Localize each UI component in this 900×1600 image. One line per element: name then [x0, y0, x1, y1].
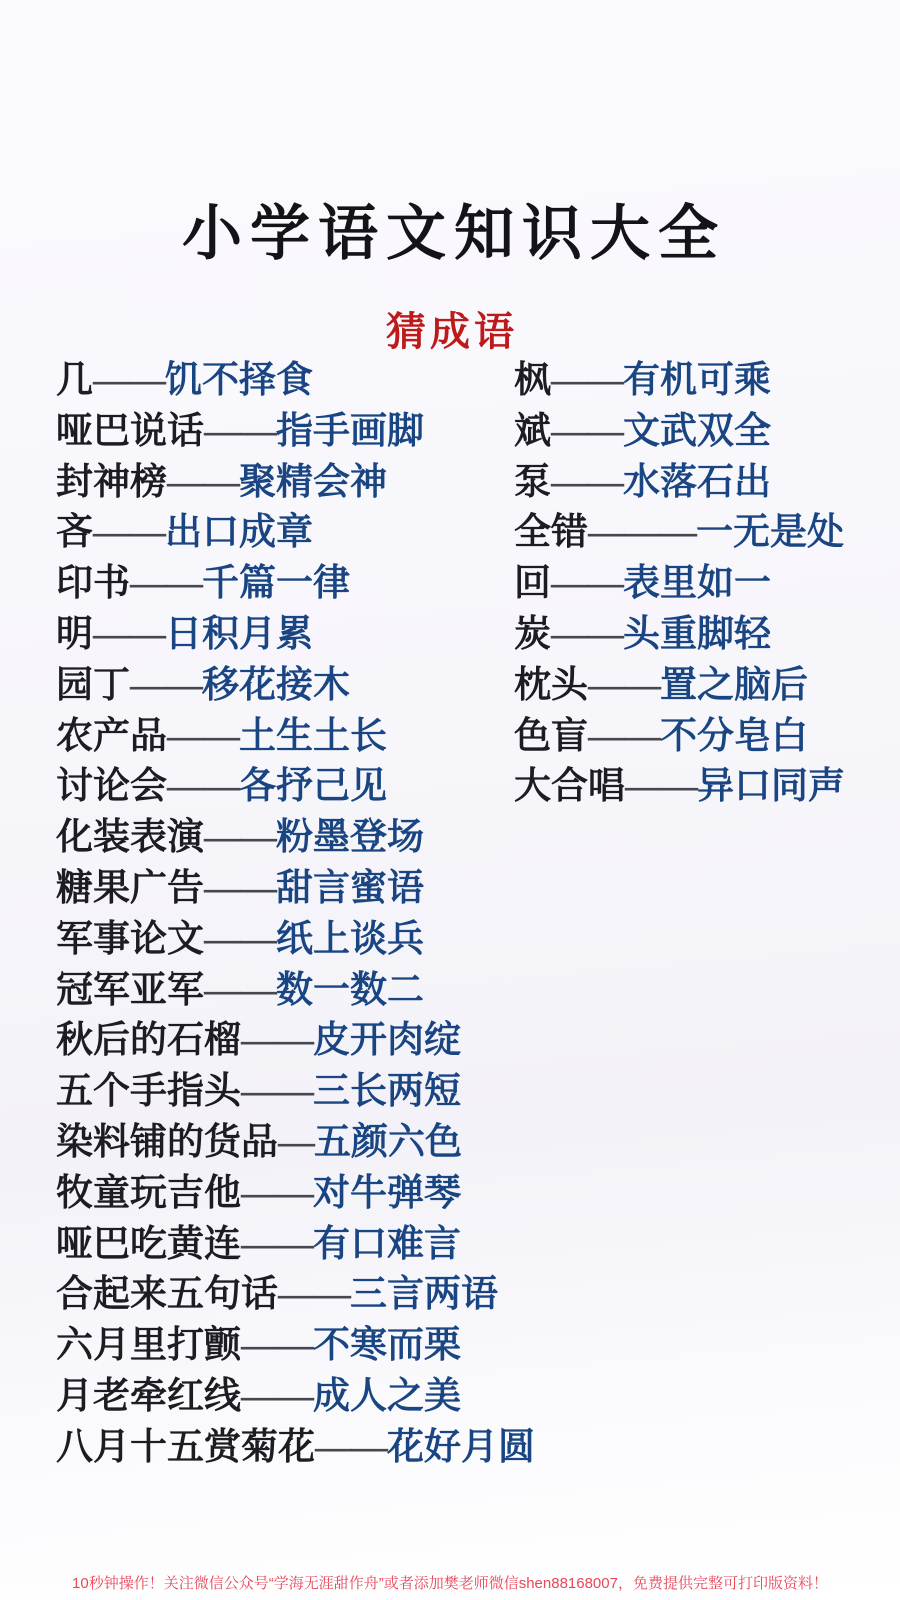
riddle-answer: 不分皂白 — [660, 716, 808, 757]
riddle-dash: —— — [130, 665, 202, 706]
riddle-dash: —— — [167, 766, 239, 807]
riddle-answer: 数一数二 — [276, 970, 424, 1011]
riddle-question: 吝 — [56, 512, 93, 553]
riddle-dash: —— — [204, 817, 276, 858]
riddle-row: 五个手指头——三长两短 — [56, 1067, 535, 1118]
riddle-answer: 出口成章 — [165, 512, 313, 553]
riddle-question: 讨论会 — [56, 766, 167, 807]
riddle-dash: —— — [551, 360, 623, 401]
riddle-question: 六月里打颤 — [56, 1325, 241, 1366]
riddle-question: 枕头 — [514, 665, 588, 706]
section-title: 猜成语 — [0, 300, 900, 357]
riddle-question: 斌 — [514, 411, 551, 452]
riddle-answer: 甜言蜜语 — [276, 868, 424, 909]
riddle-row: 色盲——不分皂白 — [514, 712, 845, 763]
riddle-row: 冠军亚军——数一数二 — [56, 966, 535, 1017]
riddle-row: 秋后的石榴——皮开肉绽 — [56, 1016, 535, 1067]
riddle-question: 农产品 — [56, 716, 167, 757]
riddle-row: 六月里打颤——不寒而栗 — [56, 1321, 535, 1372]
riddle-question: 回 — [514, 563, 551, 604]
riddle-row: 封神榜——聚精会神 — [56, 458, 535, 509]
riddle-dash: —— — [241, 1020, 313, 1061]
riddle-row: 大合唱——异口同声 — [514, 762, 845, 813]
riddle-row: 化装表演——粉墨登场 — [56, 813, 535, 864]
riddle-answer: 三言两语 — [350, 1274, 498, 1315]
riddle-row: 斌——文武双全 — [514, 407, 845, 458]
riddle-row: 明——日积月累 — [56, 610, 535, 661]
riddle-question: 印书 — [56, 563, 130, 604]
riddle-dash: —— — [130, 563, 202, 604]
riddle-dash: —— — [588, 665, 660, 706]
riddle-row: 回——表里如一 — [514, 559, 845, 610]
riddle-column-right: 枫——有机可乘 斌——文武双全 泵——水落石出 全错———一无是处 回——表里如… — [514, 356, 845, 813]
riddle-question: 色盲 — [514, 716, 588, 757]
worksheet-page: 小学语文知识大全 猜成语 几——饥不择食 哑巴说话——指手画脚 封神榜——聚精会… — [0, 0, 900, 1600]
riddle-question: 染料铺的货品 — [56, 1122, 278, 1163]
riddle-answer: 头重脚轻 — [623, 614, 771, 655]
riddle-dash: —— — [241, 1376, 313, 1417]
riddle-question: 秋后的石榴 — [56, 1020, 241, 1061]
riddle-answer: 五颜六色 — [314, 1122, 462, 1163]
riddle-row: 枫——有机可乘 — [514, 356, 845, 407]
riddle-question: 月老牵红线 — [56, 1376, 241, 1417]
riddle-answer: 纸上谈兵 — [276, 919, 424, 960]
riddle-question: 炭 — [514, 614, 551, 655]
riddle-row: 哑巴说话——指手画脚 — [56, 407, 535, 458]
riddle-question: 冠军亚军 — [56, 970, 204, 1011]
riddle-answer: 异口同声 — [697, 766, 845, 807]
riddle-answer: 饥不择食 — [165, 360, 313, 401]
riddle-row: 园丁——移花接木 — [56, 661, 535, 712]
riddle-question: 八月十五赏菊花 — [56, 1427, 315, 1468]
riddle-answer: 不寒而栗 — [313, 1325, 461, 1366]
riddle-dash: —— — [278, 1274, 350, 1315]
riddle-answer: 一无是处 — [696, 512, 844, 553]
riddle-answer: 置之脑后 — [660, 665, 808, 706]
riddle-row: 农产品——土生土长 — [56, 712, 535, 763]
riddle-question: 合起来五句话 — [56, 1274, 278, 1315]
footer-promo-text: 10秒钟操作！关注微信公众号“学海无涯甜作舟”或者添加樊老师微信shen8816… — [0, 1572, 900, 1593]
riddle-question: 糖果广告 — [56, 868, 204, 909]
riddle-answer: 皮开肉绽 — [313, 1020, 461, 1061]
riddle-row: 军事论文——纸上谈兵 — [56, 915, 535, 966]
riddle-answer: 日积月累 — [165, 614, 313, 655]
riddle-row: 糖果广告——甜言蜜语 — [56, 864, 535, 915]
riddle-dash: ——— — [588, 512, 696, 553]
riddle-answer: 粉墨登场 — [276, 817, 424, 858]
riddle-row: 合起来五句话——三言两语 — [56, 1270, 535, 1321]
riddle-answer: 有口难言 — [313, 1224, 461, 1265]
riddle-dash: —— — [625, 766, 697, 807]
riddle-column-left: 几——饥不择食 哑巴说话——指手画脚 封神榜——聚精会神 吝——出口成章 印书—… — [56, 356, 535, 1474]
riddle-dash: —— — [93, 512, 165, 553]
riddle-question: 几 — [56, 360, 93, 401]
riddle-question: 泵 — [514, 462, 551, 503]
riddle-dash: —— — [241, 1071, 313, 1112]
riddle-dash: —— — [204, 868, 276, 909]
riddle-dash: —— — [241, 1325, 313, 1366]
riddle-answer: 三长两短 — [313, 1071, 461, 1112]
riddle-dash: —— — [204, 970, 276, 1011]
riddle-dash: —— — [241, 1173, 313, 1214]
riddle-dash: —— — [167, 462, 239, 503]
riddle-dash: —— — [241, 1224, 313, 1265]
riddle-dash: —— — [551, 614, 623, 655]
riddle-question: 封神榜 — [56, 462, 167, 503]
riddle-dash: —— — [204, 919, 276, 960]
riddle-row: 月老牵红线——成人之美 — [56, 1372, 535, 1423]
riddle-row: 几——饥不择食 — [56, 356, 535, 407]
riddle-question: 园丁 — [56, 665, 130, 706]
riddle-question: 五个手指头 — [56, 1071, 241, 1112]
riddle-row: 全错———一无是处 — [514, 508, 845, 559]
riddle-row: 哑巴吃黄连——有口难言 — [56, 1220, 535, 1271]
riddle-answer: 千篇一律 — [202, 563, 350, 604]
riddle-question: 牧童玩吉他 — [56, 1173, 241, 1214]
riddle-answer: 聚精会神 — [239, 462, 387, 503]
riddle-row: 枕头——置之脑后 — [514, 661, 845, 712]
riddle-row: 八月十五赏菊花——花好月圆 — [56, 1423, 535, 1474]
riddle-answer: 指手画脚 — [276, 411, 424, 452]
riddle-question: 哑巴说话 — [56, 411, 204, 452]
riddle-row: 染料铺的货品—五颜六色 — [56, 1118, 535, 1169]
riddle-row: 牧童玩吉他——对牛弹琴 — [56, 1169, 535, 1220]
riddle-dash: — — [278, 1122, 314, 1163]
riddle-question: 全错 — [514, 512, 588, 553]
riddle-question: 化装表演 — [56, 817, 204, 858]
riddle-dash: —— — [93, 360, 165, 401]
riddle-dash: —— — [167, 716, 239, 757]
riddle-dash: —— — [551, 462, 623, 503]
riddle-answer: 成人之美 — [313, 1376, 461, 1417]
riddle-dash: —— — [93, 614, 165, 655]
riddle-row: 炭——头重脚轻 — [514, 610, 845, 661]
riddle-answer: 有机可乘 — [623, 360, 771, 401]
riddle-answer: 移花接木 — [202, 665, 350, 706]
riddle-row: 吝——出口成章 — [56, 508, 535, 559]
riddle-answer: 各抒己见 — [239, 766, 387, 807]
riddle-dash: —— — [551, 411, 623, 452]
riddle-question: 哑巴吃黄连 — [56, 1224, 241, 1265]
page-title: 小学语文知识大全 — [0, 186, 900, 272]
riddle-answer: 表里如一 — [623, 563, 771, 604]
riddle-row: 印书——千篇一律 — [56, 559, 535, 610]
riddle-answer: 花好月圆 — [387, 1427, 535, 1468]
riddle-answer: 对牛弹琴 — [313, 1173, 461, 1214]
riddle-answer: 土生土长 — [239, 716, 387, 757]
riddle-dash: —— — [551, 563, 623, 604]
riddle-question: 明 — [56, 614, 93, 655]
riddle-question: 军事论文 — [56, 919, 204, 960]
riddle-answer: 水落石出 — [623, 462, 771, 503]
riddle-dash: —— — [204, 411, 276, 452]
riddle-answer: 文武双全 — [623, 411, 771, 452]
riddle-question: 大合唱 — [514, 766, 625, 807]
riddle-row: 讨论会——各抒己见 — [56, 762, 535, 813]
riddle-dash: —— — [588, 716, 660, 757]
riddle-row: 泵——水落石出 — [514, 458, 845, 509]
riddle-dash: —— — [315, 1427, 387, 1468]
riddle-question: 枫 — [514, 360, 551, 401]
